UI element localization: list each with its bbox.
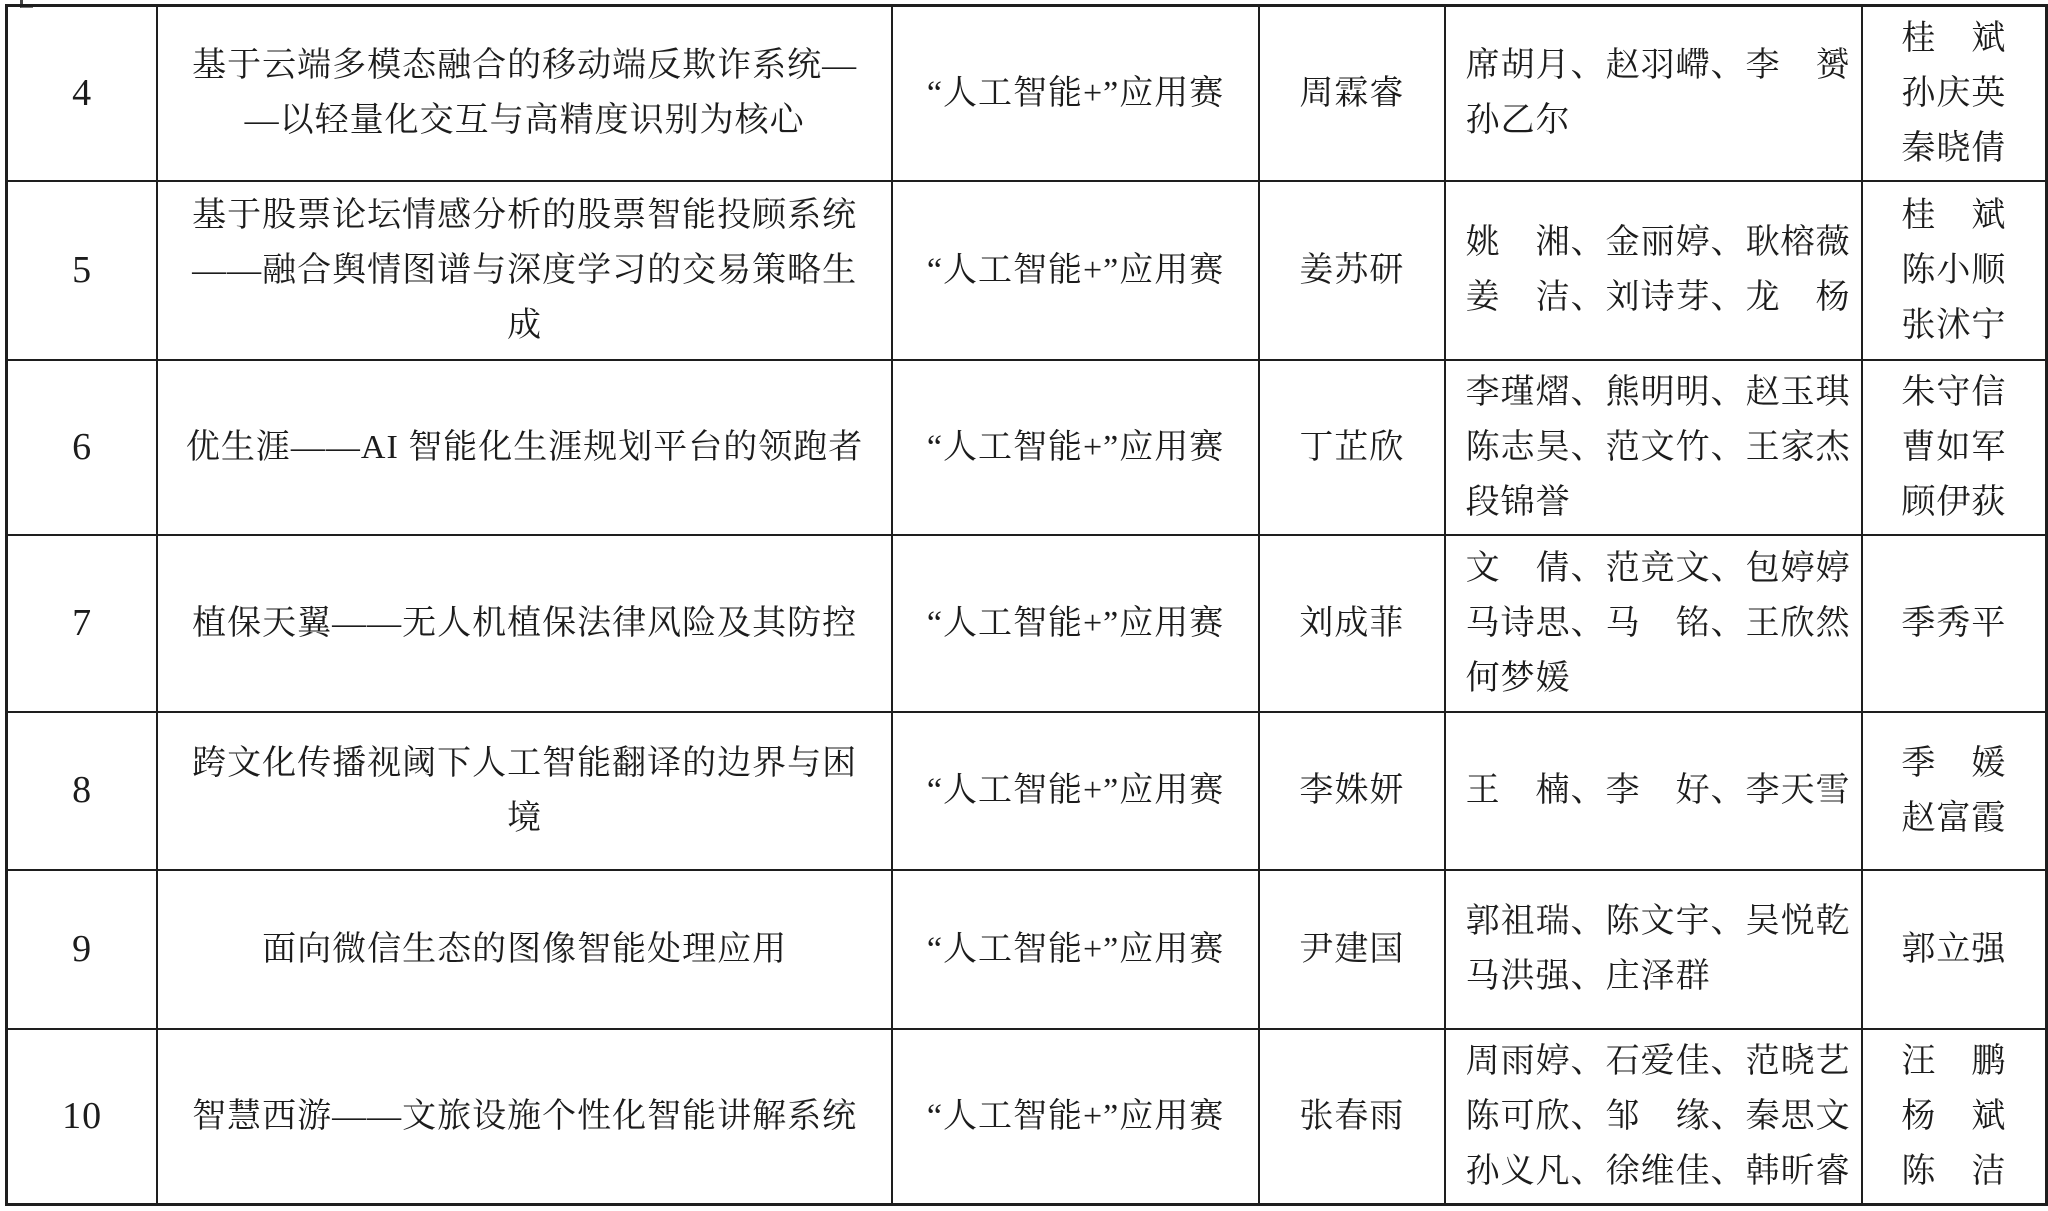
project-title: 基于股票论坛情感分析的股票智能投顾系统——融合舆情图谱与深度学习的交易策略生成 xyxy=(172,188,877,353)
track-cell: “人工智能+”应用赛 xyxy=(892,6,1259,181)
advisors-cell: 季 媛赵富霞 xyxy=(1862,712,2047,870)
member-line: 马洪强、庄泽群 xyxy=(1466,949,1851,1004)
leader-cell: 张春雨 xyxy=(1259,1029,1445,1205)
member-line: 陈可欣、邹 缘、秦思文 xyxy=(1466,1089,1851,1144)
leader-cell: 丁芷欣 xyxy=(1259,360,1445,535)
member-line: 王 楠、李 好、李天雪 xyxy=(1466,763,1851,818)
row-number-cell: 9 xyxy=(7,870,158,1029)
member-line: 何梦媛 xyxy=(1466,651,1851,706)
advisor-line: 顾伊荻 xyxy=(1869,475,2039,530)
leader-cell: 李姝妍 xyxy=(1259,712,1445,870)
row-number-cell: 5 xyxy=(7,181,158,360)
row-number: 10 xyxy=(62,1095,102,1137)
leader-name: 刘成菲 xyxy=(1299,605,1404,642)
advisors-cell: 桂 斌孙庆英秦晓倩 xyxy=(1862,6,2047,181)
title-line: 跨文化传播视阈下人工智能翻译的边界与困 xyxy=(172,736,877,791)
track-label: “人工智能+”应用赛 xyxy=(927,605,1224,642)
advisor-line: 朱守信 xyxy=(1869,365,2039,420)
advisor-line: 桂 斌 xyxy=(1869,188,2039,243)
advisor-line: 季 媛 xyxy=(1869,736,2039,791)
member-line: 陈志昊、范文竹、王家杰 xyxy=(1466,420,1851,475)
project-title-cell: 面向微信生态的图像智能处理应用 xyxy=(157,870,892,1029)
track-label: “人工智能+”应用赛 xyxy=(927,931,1224,968)
row-number: 5 xyxy=(72,249,92,291)
leader-cell: 尹建国 xyxy=(1259,870,1445,1029)
members-list: 席胡月、赵羽嵽、李 赟孙乙尔 xyxy=(1466,38,1851,148)
document-page: 4 基于云端多模态融合的移动端反欺诈系统——以轻量化交互与高精度识别为核心 “人… xyxy=(0,0,2048,1211)
member-line: 马诗思、马 铭、王欣然 xyxy=(1466,596,1851,651)
advisors-list: 朱守信曹如军顾伊荻 xyxy=(1869,365,2039,530)
members-cell: 席胡月、赵羽嵽、李 赟孙乙尔 xyxy=(1445,6,1862,181)
advisors-cell: 季秀平 xyxy=(1862,535,2047,712)
advisor-line: 赵富霞 xyxy=(1869,791,2039,846)
table-row: 5 基于股票论坛情感分析的股票智能投顾系统——融合舆情图谱与深度学习的交易策略生… xyxy=(7,181,2047,360)
leader-name: 尹建国 xyxy=(1299,931,1404,968)
advisor-line: 曹如军 xyxy=(1869,420,2039,475)
title-line: —以轻量化交互与高精度识别为核心 xyxy=(172,93,877,148)
awards-table: 4 基于云端多模态融合的移动端反欺诈系统——以轻量化交互与高精度识别为核心 “人… xyxy=(5,4,2048,1206)
leader-name: 周霖睿 xyxy=(1299,75,1404,112)
project-title: 面向微信生态的图像智能处理应用 xyxy=(172,922,877,977)
leader-name: 张春雨 xyxy=(1299,1098,1404,1135)
track-cell: “人工智能+”应用赛 xyxy=(892,1029,1259,1205)
track-cell: “人工智能+”应用赛 xyxy=(892,360,1259,535)
table-row: 8 跨文化传播视阈下人工智能翻译的边界与困境 “人工智能+”应用赛 李姝妍 王 … xyxy=(7,712,2047,870)
title-line: 优生涯——AI 智能化生涯规划平台的领跑者 xyxy=(172,420,877,475)
advisor-line: 秦晓倩 xyxy=(1869,121,2039,176)
member-line: 段锦誉 xyxy=(1466,475,1851,530)
track-cell: “人工智能+”应用赛 xyxy=(892,870,1259,1029)
advisors-list: 桂 斌孙庆英秦晓倩 xyxy=(1869,11,2039,176)
members-list: 文 倩、范竞文、包婷婷马诗思、马 铭、王欣然何梦媛 xyxy=(1466,541,1851,706)
member-line: 姜 洁、刘诗芽、龙 杨 xyxy=(1466,270,1851,325)
members-cell: 文 倩、范竞文、包婷婷马诗思、马 铭、王欣然何梦媛 xyxy=(1445,535,1862,712)
advisor-line: 张沭宁 xyxy=(1869,298,2039,353)
project-title-cell: 植保天翼——无人机植保法律风险及其防控 xyxy=(157,535,892,712)
advisors-list: 季秀平 xyxy=(1869,596,2039,651)
members-list: 王 楠、李 好、李天雪 xyxy=(1466,763,1851,818)
row-number-cell: 4 xyxy=(7,6,158,181)
title-line: 智慧西游——文旅设施个性化智能讲解系统 xyxy=(172,1089,877,1144)
row-number: 7 xyxy=(72,602,92,644)
advisors-cell: 郭立强 xyxy=(1862,870,2047,1029)
advisor-line: 杨 斌 xyxy=(1869,1089,2039,1144)
table-row: 7 植保天翼——无人机植保法律风险及其防控 “人工智能+”应用赛 刘成菲 文 倩… xyxy=(7,535,2047,712)
row-number: 9 xyxy=(72,928,92,970)
track-label: “人工智能+”应用赛 xyxy=(927,429,1224,466)
leader-name: 丁芷欣 xyxy=(1299,429,1404,466)
project-title-cell: 跨文化传播视阈下人工智能翻译的边界与困境 xyxy=(157,712,892,870)
member-line: 周雨婷、石爱佳、范晓艺 xyxy=(1466,1034,1851,1089)
track-cell: “人工智能+”应用赛 xyxy=(892,181,1259,360)
members-list: 李瑾熠、熊明明、赵玉琪陈志昊、范文竹、王家杰段锦誉 xyxy=(1466,365,1851,530)
member-line: 席胡月、赵羽嵽、李 赟 xyxy=(1466,38,1851,93)
members-list: 姚 湘、金丽婷、耿榕薇姜 洁、刘诗芽、龙 杨 xyxy=(1466,215,1851,325)
row-number: 4 xyxy=(72,72,92,114)
track-label: “人工智能+”应用赛 xyxy=(927,772,1224,809)
track-cell: “人工智能+”应用赛 xyxy=(892,535,1259,712)
project-title: 智慧西游——文旅设施个性化智能讲解系统 xyxy=(172,1089,877,1144)
track-label: “人工智能+”应用赛 xyxy=(927,75,1224,112)
member-line: 孙乙尔 xyxy=(1466,93,1851,148)
row-number: 6 xyxy=(72,426,92,468)
advisors-list: 汪 鹏杨 斌陈 洁 xyxy=(1869,1034,2039,1199)
members-list: 周雨婷、石爱佳、范晓艺陈可欣、邹 缘、秦思文孙义凡、徐维佳、韩昕睿 xyxy=(1466,1034,1851,1199)
table-row: 9 面向微信生态的图像智能处理应用 “人工智能+”应用赛 尹建国 郭祖瑞、陈文宇… xyxy=(7,870,2047,1029)
row-number-cell: 8 xyxy=(7,712,158,870)
advisors-cell: 汪 鹏杨 斌陈 洁 xyxy=(1862,1029,2047,1205)
title-line: 植保天翼——无人机植保法律风险及其防控 xyxy=(172,596,877,651)
advisor-line: 孙庆英 xyxy=(1869,66,2039,121)
leader-cell: 姜苏研 xyxy=(1259,181,1445,360)
leader-name: 姜苏研 xyxy=(1299,252,1404,289)
project-title-cell: 优生涯——AI 智能化生涯规划平台的领跑者 xyxy=(157,360,892,535)
members-list: 郭祖瑞、陈文宇、吴悦乾马洪强、庄泽群 xyxy=(1466,894,1851,1004)
leader-cell: 刘成菲 xyxy=(1259,535,1445,712)
title-line: 基于云端多模态融合的移动端反欺诈系统— xyxy=(172,38,877,93)
project-title: 跨文化传播视阈下人工智能翻译的边界与困境 xyxy=(172,736,877,846)
row-number-cell: 10 xyxy=(7,1029,158,1205)
advisors-list: 郭立强 xyxy=(1869,922,2039,977)
title-line: 面向微信生态的图像智能处理应用 xyxy=(172,922,877,977)
track-cell: “人工智能+”应用赛 xyxy=(892,712,1259,870)
project-title: 优生涯——AI 智能化生涯规划平台的领跑者 xyxy=(172,420,877,475)
title-line: 基于股票论坛情感分析的股票智能投顾系统 xyxy=(172,188,877,243)
advisor-line: 桂 斌 xyxy=(1869,11,2039,66)
row-number-cell: 7 xyxy=(7,535,158,712)
advisor-line: 季秀平 xyxy=(1869,596,2039,651)
leader-name: 李姝妍 xyxy=(1299,772,1404,809)
project-title-cell: 基于股票论坛情感分析的股票智能投顾系统——融合舆情图谱与深度学习的交易策略生成 xyxy=(157,181,892,360)
member-line: 文 倩、范竞文、包婷婷 xyxy=(1466,541,1851,596)
table-row: 4 基于云端多模态融合的移动端反欺诈系统——以轻量化交互与高精度识别为核心 “人… xyxy=(7,6,2047,181)
advisor-line: 陈小顺 xyxy=(1869,243,2039,298)
advisor-line: 汪 鹏 xyxy=(1869,1034,2039,1089)
project-title-cell: 智慧西游——文旅设施个性化智能讲解系统 xyxy=(157,1029,892,1205)
members-cell: 周雨婷、石爱佳、范晓艺陈可欣、邹 缘、秦思文孙义凡、徐维佳、韩昕睿 xyxy=(1445,1029,1862,1205)
track-label: “人工智能+”应用赛 xyxy=(927,1098,1224,1135)
table-row: 10 智慧西游——文旅设施个性化智能讲解系统 “人工智能+”应用赛 张春雨 周雨… xyxy=(7,1029,2047,1205)
members-cell: 郭祖瑞、陈文宇、吴悦乾马洪强、庄泽群 xyxy=(1445,870,1862,1029)
members-cell: 李瑾熠、熊明明、赵玉琪陈志昊、范文竹、王家杰段锦誉 xyxy=(1445,360,1862,535)
project-title: 植保天翼——无人机植保法律风险及其防控 xyxy=(172,596,877,651)
members-cell: 王 楠、李 好、李天雪 xyxy=(1445,712,1862,870)
members-cell: 姚 湘、金丽婷、耿榕薇姜 洁、刘诗芽、龙 杨 xyxy=(1445,181,1862,360)
advisor-line: 郭立强 xyxy=(1869,922,2039,977)
title-line: 成 xyxy=(172,298,877,353)
advisors-cell: 桂 斌陈小顺张沭宁 xyxy=(1862,181,2047,360)
member-line: 姚 湘、金丽婷、耿榕薇 xyxy=(1466,215,1851,270)
row-number-cell: 6 xyxy=(7,360,158,535)
advisors-cell: 朱守信曹如军顾伊荻 xyxy=(1862,360,2047,535)
awards-table-body: 4 基于云端多模态融合的移动端反欺诈系统——以轻量化交互与高精度识别为核心 “人… xyxy=(7,6,2047,1205)
advisor-line: 陈 洁 xyxy=(1869,1144,2039,1199)
member-line: 李瑾熠、熊明明、赵玉琪 xyxy=(1466,365,1851,420)
project-title-cell: 基于云端多模态融合的移动端反欺诈系统——以轻量化交互与高精度识别为核心 xyxy=(157,6,892,181)
title-line: 境 xyxy=(172,791,877,846)
table-row: 6 优生涯——AI 智能化生涯规划平台的领跑者 “人工智能+”应用赛 丁芷欣 李… xyxy=(7,360,2047,535)
advisors-list: 季 媛赵富霞 xyxy=(1869,736,2039,846)
row-number: 8 xyxy=(72,769,92,811)
title-line: ——融合舆情图谱与深度学习的交易策略生 xyxy=(172,243,877,298)
member-line: 孙义凡、徐维佳、韩昕睿 xyxy=(1466,1144,1851,1199)
leader-cell: 周霖睿 xyxy=(1259,6,1445,181)
track-label: “人工智能+”应用赛 xyxy=(927,252,1224,289)
advisors-list: 桂 斌陈小顺张沭宁 xyxy=(1869,188,2039,353)
member-line: 郭祖瑞、陈文宇、吴悦乾 xyxy=(1466,894,1851,949)
project-title: 基于云端多模态融合的移动端反欺诈系统——以轻量化交互与高精度识别为核心 xyxy=(172,38,877,148)
